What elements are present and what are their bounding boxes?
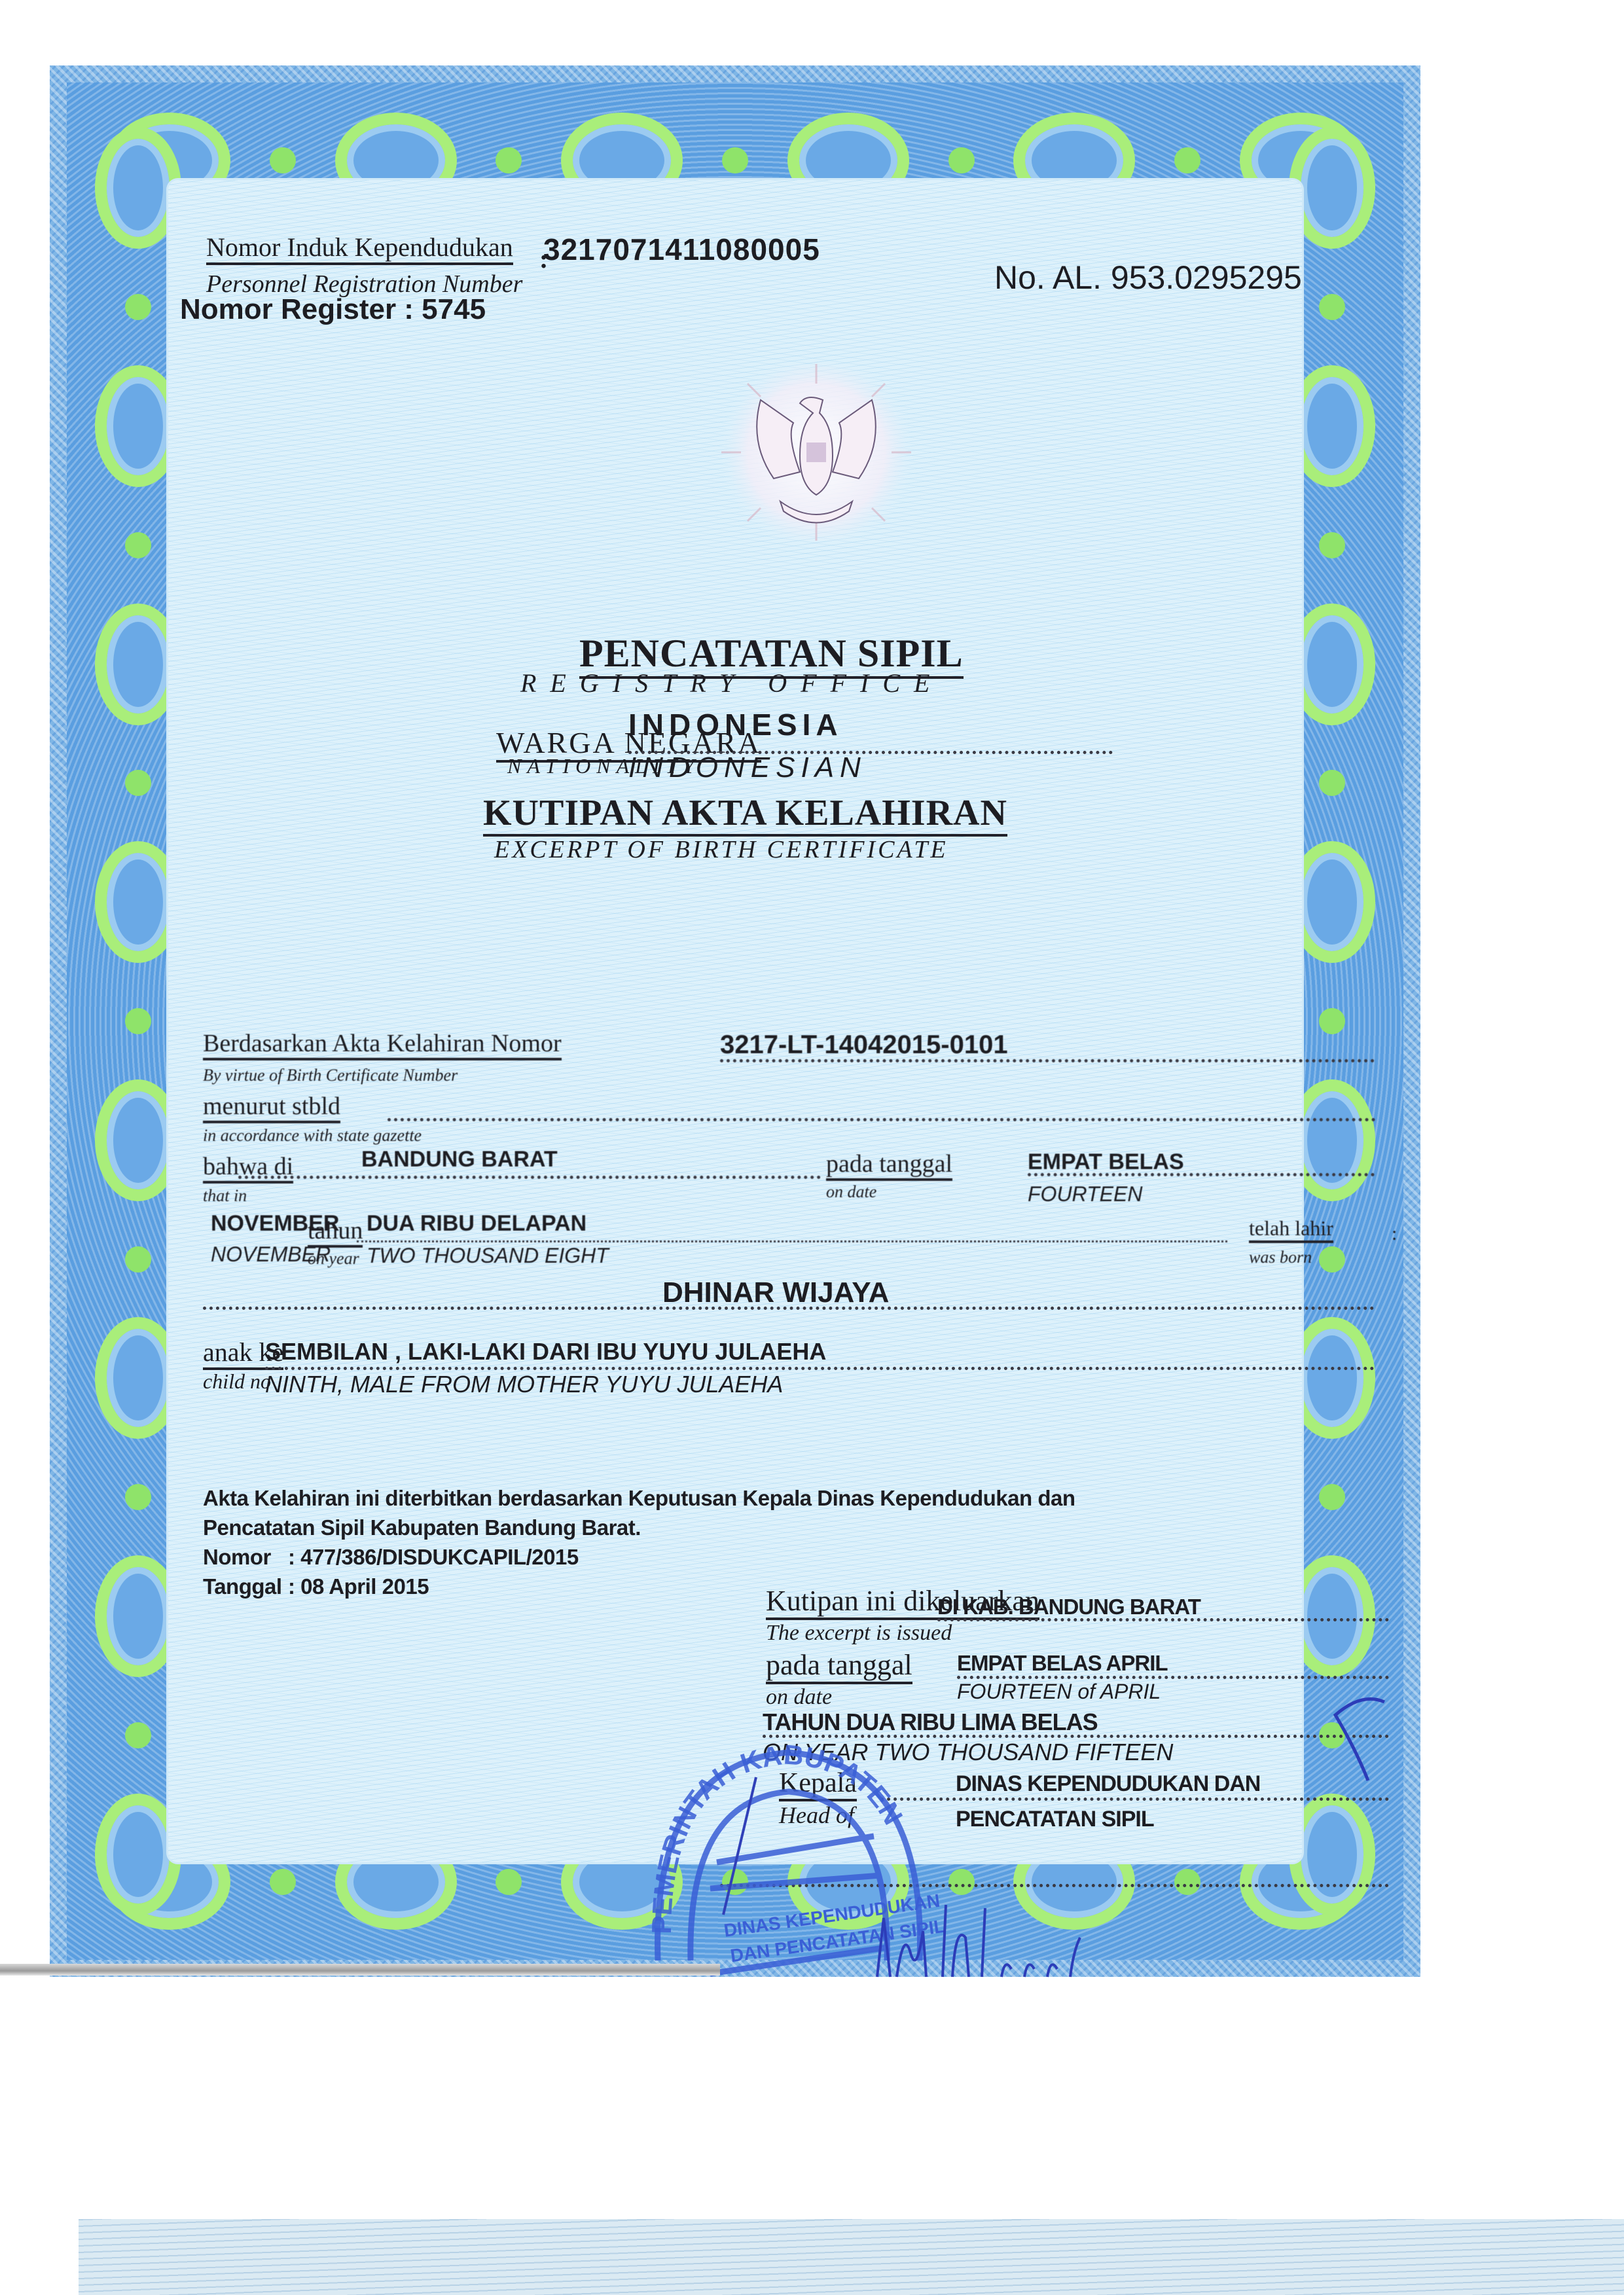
signature-icon	[871, 1892, 1211, 1983]
birthdate-label: pada tanggal	[826, 1149, 952, 1181]
born-label: telah lahir	[1249, 1216, 1333, 1243]
garuda-emblem-icon	[708, 364, 924, 541]
decree-number-label: Nomor	[203, 1545, 271, 1570]
birth-year-label: tahun	[308, 1216, 363, 1248]
birth-year-value: DUA RIBU DELAPAN	[367, 1211, 586, 1237]
child-order-dotted-line	[265, 1367, 1375, 1370]
nationality-value-english: INDONESIAN	[628, 751, 867, 784]
birthdate-dotted-line	[1028, 1173, 1375, 1176]
issued-date-value-english: FOURTEEN of APRIL	[957, 1680, 1161, 1704]
child-order-value: SEMBILAN , LAKI-LAKI DARI IBU YUYU JULAE…	[265, 1338, 826, 1365]
born-label-english: was born	[1249, 1248, 1312, 1267]
stbld-label-english: in accordance with state gazette	[203, 1126, 422, 1146]
child-name: DHINAR WIJAYA	[662, 1276, 889, 1309]
issued-date-value: EMPAT BELAS APRIL	[957, 1651, 1168, 1676]
head-of-value-line-2: PENCATATAN SIPIL	[956, 1807, 1154, 1832]
document-title: KUTIPAN AKTA KELAHIRAN	[483, 792, 1007, 837]
stbld-dotted-line	[388, 1118, 1376, 1121]
birthplace-dotted-line	[238, 1176, 821, 1179]
birthplace-label-english: that in	[203, 1186, 247, 1206]
cert-number-value: 3217-LT-14042015-0101	[720, 1030, 1008, 1060]
birthdate-value: EMPAT BELAS	[1028, 1149, 1184, 1175]
stbld-label: menurut stbld	[203, 1092, 340, 1123]
document-title-english: EXCERPT OF BIRTH CERTIFICATE	[494, 835, 948, 864]
child-name-dotted-line	[203, 1307, 1375, 1310]
decree-line-1: Akta Kelahiran ini diterbitkan berdasark…	[203, 1486, 1075, 1511]
birth-year-dotted-line	[357, 1240, 1227, 1242]
nik-label: Nomor Induk Kependudukan	[206, 232, 513, 265]
issued-date-label: pada tanggal	[766, 1648, 912, 1684]
cert-number-label: Berdasarkan Akta Kelahiran Nomor	[203, 1029, 562, 1060]
decree-number-value: : 477/386/DISDUKCAPIL/2015	[288, 1545, 579, 1570]
birthplace-value: BANDUNG BARAT	[361, 1147, 558, 1172]
born-colon: :	[1392, 1223, 1397, 1245]
scan-shadow	[0, 1964, 720, 1976]
decree-line-2: Pencatatan Sipil Kabupaten Bandung Barat…	[203, 1515, 641, 1540]
child-order-value-english: NINTH, MALE FROM MOTHER YUYU JULAEHA	[265, 1371, 783, 1398]
certificate-sheet	[50, 65, 1420, 1977]
serial-number: No. AL. 953.0295295	[994, 259, 1302, 297]
signature-flourish-icon	[1322, 1695, 1388, 1794]
nik-value: 3217071411080005	[543, 232, 820, 267]
next-page-edge	[79, 2219, 1624, 2295]
issued-at-value: DI KAB. BANDUNG BARAT	[937, 1595, 1200, 1619]
birth-year-label-english: on year	[308, 1249, 359, 1269]
child-order-label-english: child no	[203, 1369, 271, 1394]
cert-number-label-english: By virtue of Birth Certificate Number	[203, 1066, 458, 1085]
birth-year-value-english: TWO THOUSAND EIGHT	[367, 1244, 609, 1268]
birthdate-label-english: on date	[826, 1182, 876, 1202]
registry-office-title-english: REGISTRY OFFICE	[520, 668, 943, 698]
issued-at-dotted-line	[937, 1618, 1389, 1621]
issued-date-dotted-line	[957, 1676, 1389, 1679]
issued-year-value: TAHUN DUA RIBU LIMA BELAS	[763, 1708, 1098, 1736]
decree-date-label: Tanggal	[203, 1574, 282, 1599]
decree-date-value: : 08 April 2015	[288, 1574, 429, 1599]
cert-number-dotted-line	[720, 1059, 1375, 1062]
register-number: Nomor Register : 5745	[180, 293, 486, 326]
head-of-value-line-1: DINAS KEPENDUDUKAN DAN	[956, 1771, 1260, 1797]
nationality-value: INDONESIA	[628, 707, 843, 742]
issued-date-label-english: on date	[766, 1685, 832, 1710]
head-of-dotted-line	[880, 1798, 1389, 1801]
birthdate-value-english: FOURTEEN	[1028, 1182, 1142, 1206]
issued-at-label-english: The excerpt is issued	[766, 1621, 952, 1646]
